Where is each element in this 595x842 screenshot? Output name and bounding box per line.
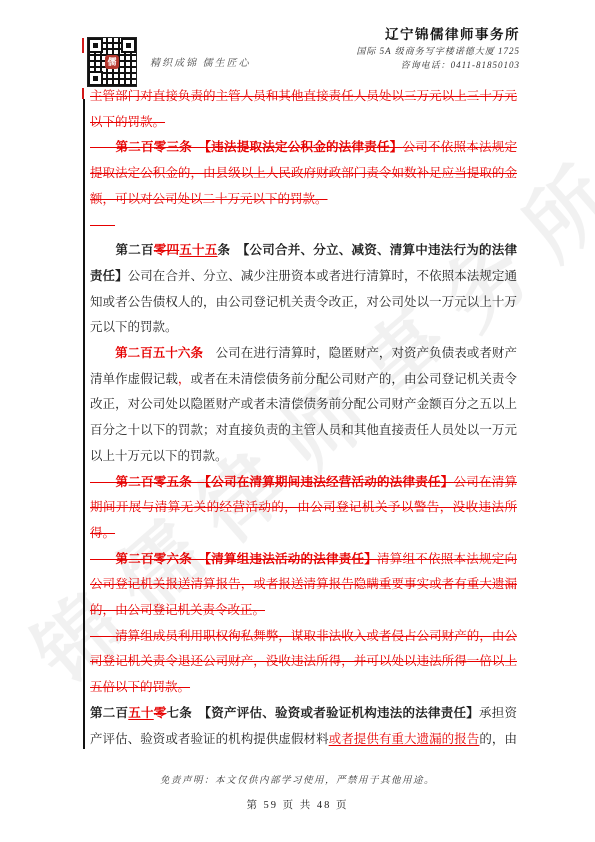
paragraph: 第二百零六条 【清算组违法活动的法律责任】清算组不依照本法规定向公司登记机关报送… xyxy=(90,547,517,624)
page-number: 第 59 页 共 48 页 xyxy=(0,797,595,812)
text-segment: 或者提供有重大遗漏的报告 xyxy=(329,732,480,746)
text-segment: 第二百 xyxy=(90,706,128,720)
text-segment xyxy=(90,475,116,489)
text-segment: 第二百零六条 xyxy=(116,552,193,566)
text-segment: 第二百五十六条 xyxy=(90,346,203,360)
paragraph xyxy=(90,213,517,239)
text-segment: 主管部门对直接负责的主管人员和其他直接责任人员处以三万元以上三十万元以下的罚款。 xyxy=(90,89,517,129)
paragraph: 主管部门对直接负责的主管人员和其他直接责任人员处以三万元以上三十万元以下的罚款。 xyxy=(90,84,517,135)
change-bar-black xyxy=(83,99,85,749)
text-segment: 清算组成员利用职权徇私舞弊，谋取非法收入或者侵占公司财产的，由公司登记机关责令退… xyxy=(90,629,517,694)
text-segment: 零 xyxy=(154,706,167,720)
text-segment: 第二百零三条 xyxy=(116,140,193,154)
text-segment xyxy=(90,552,116,566)
firm-name: 辽宁锦儒律师事务所 xyxy=(356,26,520,44)
firm-phone: 咨询电话：0411-81850103 xyxy=(356,58,520,72)
text-segment: 第二百零五条 xyxy=(116,475,193,489)
qr-finder-icon xyxy=(121,38,136,53)
text-segment: ， xyxy=(178,372,191,386)
qr-center-seal: 儒 xyxy=(105,55,119,69)
text-segment: 公司在合并、分立、减少注册资本或者进行清算时，不依照本法规定通知或者公告债权人的… xyxy=(90,269,517,334)
disclaimer-text: 免责声明：本文仅供内部学习使用，严禁用于其他用途。 xyxy=(0,772,595,786)
text-segment: 【清算组违法活动的法律责任】 xyxy=(205,552,377,566)
paragraph: 第二百零四五十五条 【公司合并、分立、减资、清算中违法行为的法律责任】公司在合并… xyxy=(90,238,517,341)
text-segment: 【违法提取法定公积金的法律责任】 xyxy=(205,140,403,154)
text-segment xyxy=(90,218,115,232)
text-segment: 第二百 xyxy=(90,243,154,257)
text-segment xyxy=(192,552,205,566)
text-segment xyxy=(90,140,116,154)
document-page: { "header": { "slogan": "精织成锦 儒生匠心", "fi… xyxy=(0,0,595,842)
text-segment: 【公司在清算期间违法经营活动的法律责任】 xyxy=(205,475,454,489)
change-bar-red xyxy=(82,38,84,53)
text-segment xyxy=(192,475,205,489)
paragraph: 第二百五十六条 公司在进行清算时，隐匿财产，对资产负债表或者财产清单作虚假记载，… xyxy=(90,341,517,470)
text-segment: 七条 【资产评估、验资或者验证机构违法的法律责任】 xyxy=(167,706,479,720)
text-segment: 零四 xyxy=(154,243,180,257)
text-segment: 的，由 xyxy=(479,732,517,746)
text-segment: 五十五 xyxy=(179,243,217,257)
document-body: 主管部门对直接负责的主管人员和其他直接责任人员处以三万元以上三十万元以下的罚款。… xyxy=(90,84,517,756)
firm-address: 国际 5A 级商务写字楼诺德大厦 1725 xyxy=(356,44,520,58)
qr-code-icon: 儒 xyxy=(88,38,136,86)
firm-slogan: 精织成锦 儒生匠心 xyxy=(150,54,251,69)
paragraph: 清算组成员利用职权徇私舞弊，谋取非法收入或者侵占公司财产的，由公司登记机关责令退… xyxy=(90,624,517,701)
paragraph: 第二百零三条 【违法提取法定公积金的法律责任】公司不依照本法规定提取法定公积金的… xyxy=(90,135,517,212)
paragraph: 第二百零五条 【公司在清算期间违法经营活动的法律责任】公司在清算期间开展与清算无… xyxy=(90,470,517,547)
change-bar-red xyxy=(82,88,84,99)
text-segment xyxy=(90,629,115,643)
text-segment: 五十 xyxy=(128,706,154,720)
paragraph: 第二百五十零七条 【资产评估、验资或者验证机构违法的法律责任】承担资产评估、验资… xyxy=(90,701,517,756)
page-header: 儒 精织成锦 儒生匠心 辽宁锦儒律师事务所 国际 5A 级商务写字楼诺德大厦 1… xyxy=(0,0,595,95)
text-segment xyxy=(192,140,205,154)
qr-finder-icon xyxy=(88,38,103,53)
firm-info-block: 辽宁锦儒律师事务所 国际 5A 级商务写字楼诺德大厦 1725 咨询电话：041… xyxy=(356,26,520,72)
